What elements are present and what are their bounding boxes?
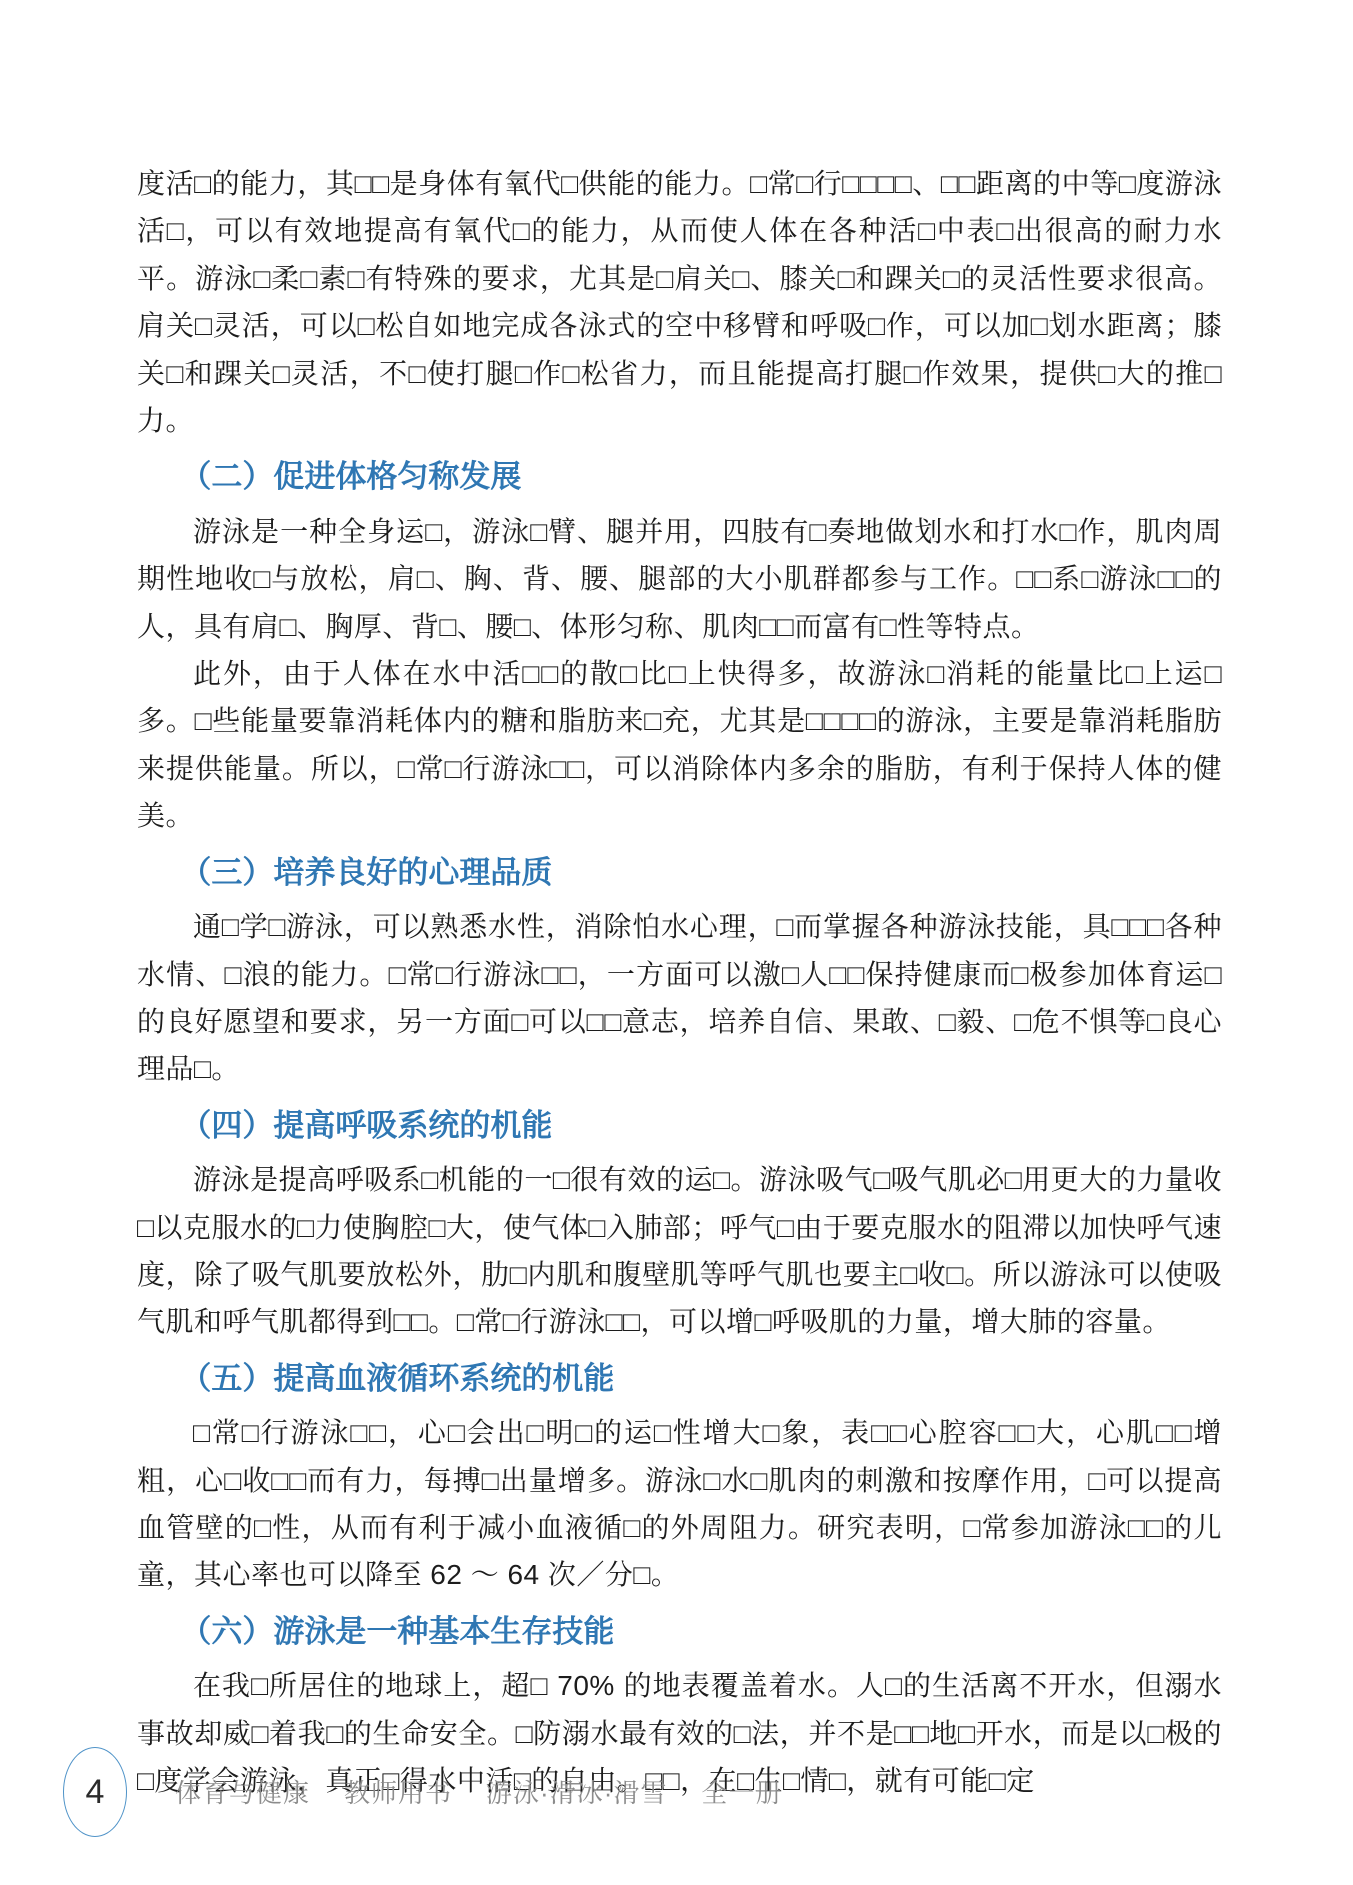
section-heading-5: （五）提高血液循环系统的机能 [137,1355,1222,1402]
page-footer: 4 体育与健康教师用书游泳·滑冰·滑雪全一册 [0,1745,1353,1840]
paragraph-respiratory: 游泳是提高呼吸系□机能的一□很有效的运□。游泳吸气□吸气肌必□用更大的力量收□以… [137,1156,1222,1346]
footer-series: 教师用书 [344,1778,452,1808]
footer-book-info: 体育与健康教师用书游泳·滑冰·滑雪全一册 [175,1773,816,1810]
paragraph-psychology: 通□学□游泳，可以熟悉水性，消除怕水心理，□而掌握各种游泳技能，具□□□各种水情… [137,903,1222,1093]
paragraph-body-development-1: 游泳是一种全身运□，游泳□臂、腿并用，四肢有□奏地做划水和打水□作，肌肉周期性地… [137,508,1222,650]
section-heading-2: （二）促进体格匀称发展 [137,453,1222,500]
paragraph-body-development-2: 此外，由于人体在水中活□□的散□比□上快得多，故游泳□消耗的能量比□上运□多。□… [137,650,1222,840]
page-body: 度活□的能力，其□□是身体有氧代□供能的能力。□常□行□□□□、□□距离的中等□… [137,160,1222,1804]
paragraph-endurance-continuation: 度活□的能力，其□□是身体有氧代□供能的能力。□常□行□□□□、□□距离的中等□… [137,160,1222,444]
footer-volume: 游泳·滑冰·滑雪 [486,1778,667,1808]
textbook-page: 度活□的能力，其□□是身体有氧代□供能的能力。□常□行□□□□、□□距离的中等□… [0,0,1353,1885]
paragraph-circulatory: □常□行游泳□□，心□会出□明□的运□性增大□象，表□□心腔容□□大，心肌□□增… [137,1409,1222,1599]
section-heading-4: （四）提高呼吸系统的机能 [137,1102,1222,1149]
footer-book-title: 体育与健康 [175,1778,310,1808]
page-number: 4 [86,1773,105,1812]
footer-edition: 全一册 [701,1778,782,1808]
section-heading-6: （六）游泳是一种基本生存技能 [137,1608,1222,1655]
page-number-badge: 4 [63,1747,127,1837]
section-heading-3: （三）培养良好的心理品质 [137,849,1222,896]
